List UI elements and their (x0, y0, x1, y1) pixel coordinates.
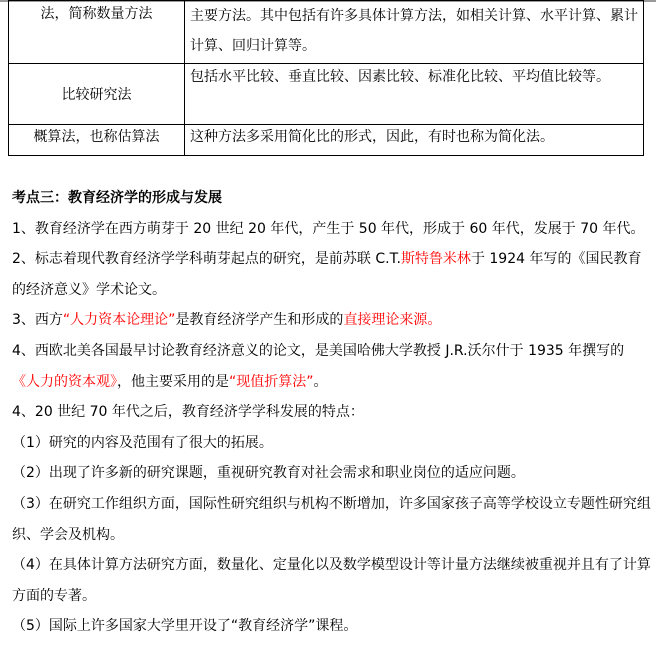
list-item: （3）在研究工作组织方面，国际性研究组织与机构不断增加，许多国家孩子高等学校设立… (12, 489, 652, 550)
section-heading: 考点三：教育经济学的形成与发展 (12, 183, 652, 214)
method-description: 这种方法多采用简化比的形式，因此，有时也称为简化法。 (185, 125, 644, 156)
paragraph-3: 3、西方“人力资本论理论”是教育经济学产生和形成的直接理论来源。 (12, 305, 652, 336)
method-description: 主要方法。其中包括有许多具体计算方法，如相关计算、水平计算、累计计算、回归计算等… (185, 1, 644, 64)
text: 2、标志着现代教育经济学学科萌芽起点的研究，是前苏联 C.T. (12, 251, 401, 267)
paragraph-4: 4、西欧北美各国最早讨论教育经济意义的论文，是美国哈佛大学教授 J.R.沃尔什于… (12, 336, 652, 397)
highlight-text: “人力资本论理论” (63, 312, 176, 328)
method-name: 概算法，也称估算法 (9, 125, 185, 156)
highlight-text: “现值折算法” (229, 374, 314, 390)
list-item: （2）出现了许多新的研究课题，重视研究教育对社会需求和职业岗位的适应问题。 (12, 458, 652, 489)
table-row: 概算法，也称估算法 这种方法多采用简化比的形式，因此，有时也称为简化法。 (9, 125, 644, 156)
text: 。 (314, 374, 328, 390)
table-row: 法，简称数量方法 主要方法。其中包括有许多具体计算方法，如相关计算、水平计算、累… (9, 1, 644, 64)
highlight-text: 《人力的资本观》 (12, 374, 117, 390)
text: 3、西方 (12, 312, 63, 328)
list-item: （4）在具体计算方法研究方面，数量化、定量化以及数学模型设计等计量方法继续被重视… (12, 550, 652, 611)
methods-table: 法，简称数量方法 主要方法。其中包括有许多具体计算方法，如相关计算、水平计算、累… (8, 0, 644, 156)
paragraph-2: 2、标志着现代教育经济学学科萌芽起点的研究，是前苏联 C.T.斯特鲁米林于 19… (12, 244, 652, 305)
section-content: 考点三：教育经济学的形成与发展 1、教育经济学在西方萌芽于 20 世纪 20 年… (12, 183, 652, 642)
table-row: 比较研究法 包括水平比较、垂直比较、因素比较、标准化比较、平均值比较等。 (9, 64, 644, 125)
method-name: 法，简称数量方法 (9, 1, 185, 64)
list-item: （5）国际上许多国家大学里开设了“教育经济学”课程。 (12, 611, 652, 642)
text: ，他主要采用的是 (117, 374, 229, 390)
text: 是教育经济学产生和形成的 (175, 312, 343, 328)
list-item: （1）研究的内容及范围有了很大的拓展。 (12, 428, 652, 459)
text: 4、西欧北美各国最早讨论教育经济意义的论文，是美国哈佛大学教授 J.R.沃尔什于… (12, 343, 624, 359)
method-description: 包括水平比较、垂直比较、因素比较、标准化比较、平均值比较等。 (185, 64, 644, 125)
paragraph-5: 4、20 世纪 70 年代之后，教育经济学学科发展的特点： (12, 397, 652, 428)
highlight-text: 斯特鲁米林 (401, 251, 471, 267)
paragraph-1: 1、教育经济学在西方萌芽于 20 世纪 20 年代，产生于 50 年代，形成于 … (12, 214, 652, 245)
method-name: 比较研究法 (9, 64, 185, 125)
highlight-text: 直接理论来源。 (343, 312, 441, 328)
